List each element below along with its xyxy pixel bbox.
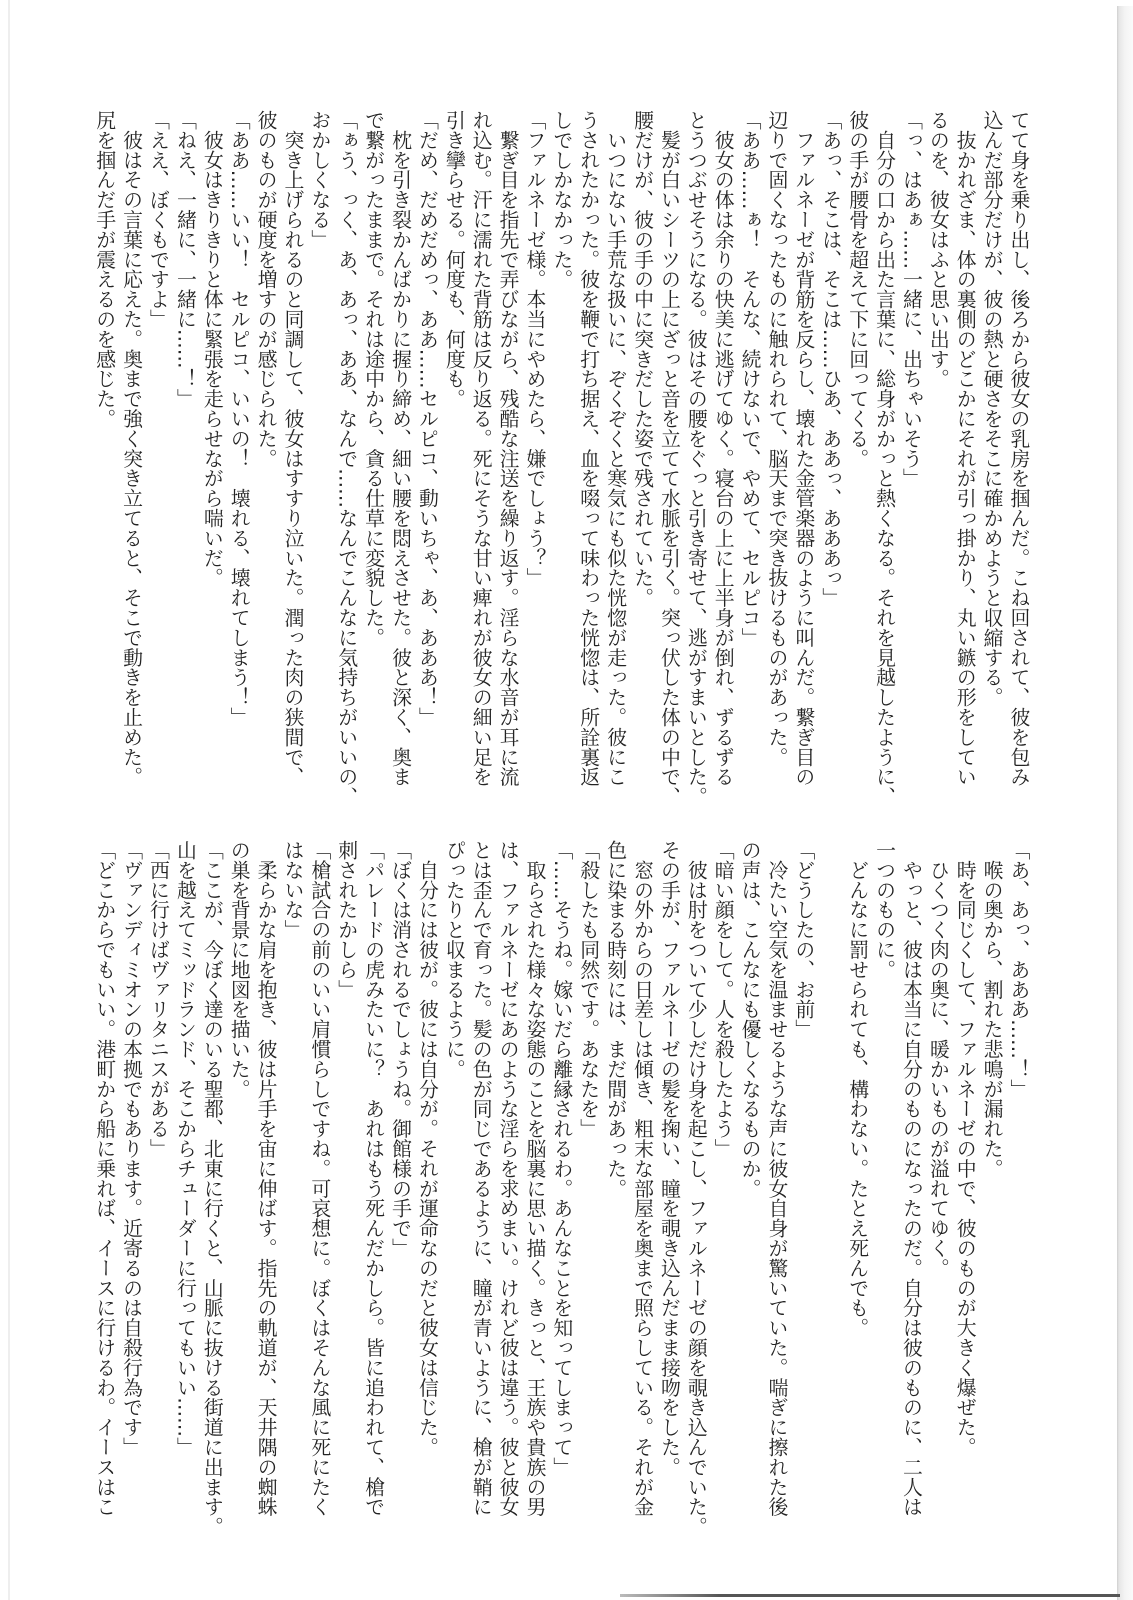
- text-line: うされたかった。彼を鞭で打ち据え、血を啜って味わった恍惚は、所詮裏返: [574, 110, 601, 810]
- text-line: 尻を掴んだ手が震えるのを感じた。: [90, 110, 117, 810]
- section-break: [816, 840, 843, 1540]
- text-line: どんなに罰せられても、構わない。たとえ死んでも。: [843, 840, 870, 1540]
- text-line: いつにない手荒な扱いに、ぞくぞくと寒気にも似た恍惚が走った。彼にこ: [601, 110, 628, 810]
- text-line: 取らされた様々な姿態のことを脳裏に思い描く。きっと、王族や貴族の男: [520, 840, 547, 1540]
- text-line: 「ああ……ぁ！ そんな、続けないで、やめて、セルピコ」: [735, 110, 762, 810]
- text-line: 彼の手が腰骨を超えて下に回ってくる。: [843, 110, 870, 810]
- text-line: 「西に行けばヴァリタニスがある」: [144, 840, 171, 1540]
- text-line: 喉の奥から、割れた悲鳴が漏れた。: [977, 840, 1004, 1540]
- text-line: 「どうしたの、お前」: [789, 840, 816, 1540]
- text-line: 「あっ、そこは、そこは……ひあ、ああっ、あああっ」: [816, 110, 843, 810]
- text-line: 突き上げられるのと同調して、彼女はすすり泣いた。潤った肉の狭間で、: [278, 110, 305, 810]
- text-line: 「ここが、今ぼく達のいる聖都、北東に行くと、山脈に抜ける街道に出ます。: [197, 840, 224, 1540]
- text-line: 冷たい空気を温ませるような声に彼女自身が驚いていた。喘ぎに擦れた後: [762, 840, 789, 1540]
- page-edge-shadow-right: [1117, 6, 1133, 1600]
- text-line: の声は、こんなにも優しくなるものか。: [735, 840, 762, 1540]
- text-line: 枕を引き裂かんばかりに握り締め、細い腰を悶えさせた。彼と深く、奥ま: [386, 110, 413, 810]
- text-line: 時を同じくして、ファルネーゼの中で、彼のものが大きく爆ぜた。: [950, 840, 977, 1540]
- text-line: 「ぁう、っく、あ、あっ、ああ、なんで……なんでこんなに気持ちがいいの、: [332, 110, 359, 810]
- text-line: 刺されたかしら」: [332, 840, 359, 1540]
- text-line: 「ねえ、一緒に、一緒に……！」: [171, 110, 198, 810]
- text-line: で繋がったままで。それは途中から、貪る仕草に変貌した。: [359, 110, 386, 810]
- text-line: ひくつく肉の奥に、暖かいものが溢れてゆく。: [923, 840, 950, 1540]
- text-line: 山を越えてミッドランド、そこからチューダーに行ってもいい……」: [171, 840, 198, 1540]
- text-line: 彼のものが硬度を増すのが感じられた。: [251, 110, 278, 810]
- text-line: 「っ、はあぁ……一緒に、出ちゃいそう」: [897, 110, 924, 810]
- text-line: 抜かれざま、体の裏側のどこかにそれが引っ掛かり、丸い鏃の形をしてい: [950, 110, 977, 810]
- text-line: おかしくなる」: [305, 110, 332, 810]
- text-line: 彼は肘をついて少しだけ身を起こし、ファルネーゼの顔を覗き込んでいた。: [681, 840, 708, 1540]
- page-edge-shadow-bottom: [620, 1594, 1120, 1597]
- text-line: 「殺したも同然です。あなたを」: [574, 840, 601, 1540]
- text-line: 「暗い顔をして。人を殺したよう」: [708, 840, 735, 1540]
- text-line: 辺りで固くなったものに触れられて、脳天まで突き抜けるものがあった。: [762, 110, 789, 810]
- lower-text-block: 「あ、あっ、あああ……！」 喉の奥から、割れた悲鳴が漏れた。 時を同じくして、フ…: [90, 840, 1031, 1540]
- text-line: とうつぶせそうになる。彼はその腰をぐっと引き寄せて、逃がすまいとした。: [681, 110, 708, 810]
- text-line: 柔らかな肩を抱き、彼は片手を宙に伸ばす。指先の軌道が、天井隅の蜘蛛: [251, 840, 278, 1540]
- text-line: の巣を背景に地図を描いた。: [224, 840, 251, 1540]
- text-line: 自分の口から出た言葉に、総身がかっと熱くなる。それを見越したように、: [870, 110, 897, 810]
- text-line: 髪が白いシーツの上にざっと音を立てて水脈を引く。突っ伏した体の中で、: [655, 110, 682, 810]
- text-line: れ込む。汗に濡れた背筋は反り返る。死にそうな甘い痺れが彼女の細い足を: [466, 110, 493, 810]
- text-line: 「あ、あっ、あああ……！」: [1004, 840, 1031, 1540]
- text-line: 「槍試合の前のいい肩慣らしですね。可哀想に。ぼくはそんな風に死にたく: [305, 840, 332, 1540]
- text-line: 彼はその言葉に応えた。奥まで強く突き立てると、そこで動きを止めた。: [117, 110, 144, 810]
- text-line: 腰だけが、彼の手の中に突きだした姿で残されていた。: [628, 110, 655, 810]
- text-line: 「……そうね。嫁いだら離縁されるわ。あんなことを知ってしまって」: [547, 840, 574, 1540]
- text-line: はないな」: [278, 840, 305, 1540]
- text-line: 「ええ、ぼくもですよ」: [144, 110, 171, 810]
- text-line: とは歪んで育った。髪の色が同じであるように、瞳が青いように、槍が鞘に: [466, 840, 493, 1540]
- text-line: ぴったりと収まるように。: [439, 840, 466, 1540]
- text-line: 窓の外からの日差しは傾き、粗末な部屋を奥まで照らしている。それが金: [628, 840, 655, 1540]
- text-line: は、ファルネーゼにあのような淫らを求めまい。けれど彼は違う。彼と彼女: [493, 840, 520, 1540]
- text-line: 「パレードの虎みたいに？ あれはもう死んだかしら。皆に追われて、槍で: [359, 840, 386, 1540]
- text-line: 「ファルネーゼ様。本当にやめたら、嫌でしょう？」: [520, 110, 547, 810]
- text-line: しでしかなかった。: [547, 110, 574, 810]
- text-line: 色に染まる時刻には、まだ間があった。: [601, 840, 628, 1540]
- text-line: るのを、彼女はふと思い出す。: [923, 110, 950, 810]
- text-line: ファルネーゼが背筋を反らし、壊れた金管楽器のように叫んだ。繋ぎ目の: [789, 110, 816, 810]
- text-line: 自分には彼が。彼には自分が。それが運命なのだと彼女は信じた。: [413, 840, 440, 1540]
- text-line: 「ああ……いい！ セルピコ、いいの！ 壊れる、壊れてしまう！」: [224, 110, 251, 810]
- text-line: 引き攣らせる。何度も、何度も。: [439, 110, 466, 810]
- upper-text-block: てて身を乗り出し、後ろから彼女の乳房を掴んだ。こね回されて、彼を包み 込んだ部分…: [90, 110, 1031, 810]
- text-line: やっと、彼は本当に自分のものになったのだ。自分は彼のものに、二人は: [897, 840, 924, 1540]
- document-page: てて身を乗り出し、後ろから彼女の乳房を掴んだ。こね回されて、彼を包み 込んだ部分…: [0, 0, 1133, 1600]
- text-line: 「どこからでもいい。港町から船に乗れば、イースに行けるわ。イースはこ: [90, 840, 117, 1540]
- text-line: 込んだ部分だけが、彼の熱と硬さをそこに確かめようと収縮する。: [977, 110, 1004, 810]
- text-line: 「ぼくは消されるでしょうね。御館様の手で」: [386, 840, 413, 1540]
- text-line: てて身を乗り出し、後ろから彼女の乳房を掴んだ。こね回されて、彼を包み: [1004, 110, 1031, 810]
- page-edge-left: [8, 0, 10, 1600]
- text-line: 繋ぎ目を指先で弄びながら、残酷な注送を繰り返す。淫らな水音が耳に流: [493, 110, 520, 810]
- text-line: その手が、ファルネーゼの髪を掬い、瞳を覗き込んだまま接吻をした。: [655, 840, 682, 1540]
- text-line: 一つのものに。: [870, 840, 897, 1540]
- text-line: 彼女はきりきりと体に緊張を走らせながら喘いだ。: [197, 110, 224, 810]
- text-line: 彼女の体は余りの快美に逃げてゆく。寝台の上に上半身が倒れ、ずるずる: [708, 110, 735, 810]
- text-line: 「だめ、だめだめっ、ああ……セルピコ、動いちゃ、あ、あああ！」: [413, 110, 440, 810]
- text-line: 「ヴァンディミオンの本拠でもあります。近寄るのは自殺行為です」: [117, 840, 144, 1540]
